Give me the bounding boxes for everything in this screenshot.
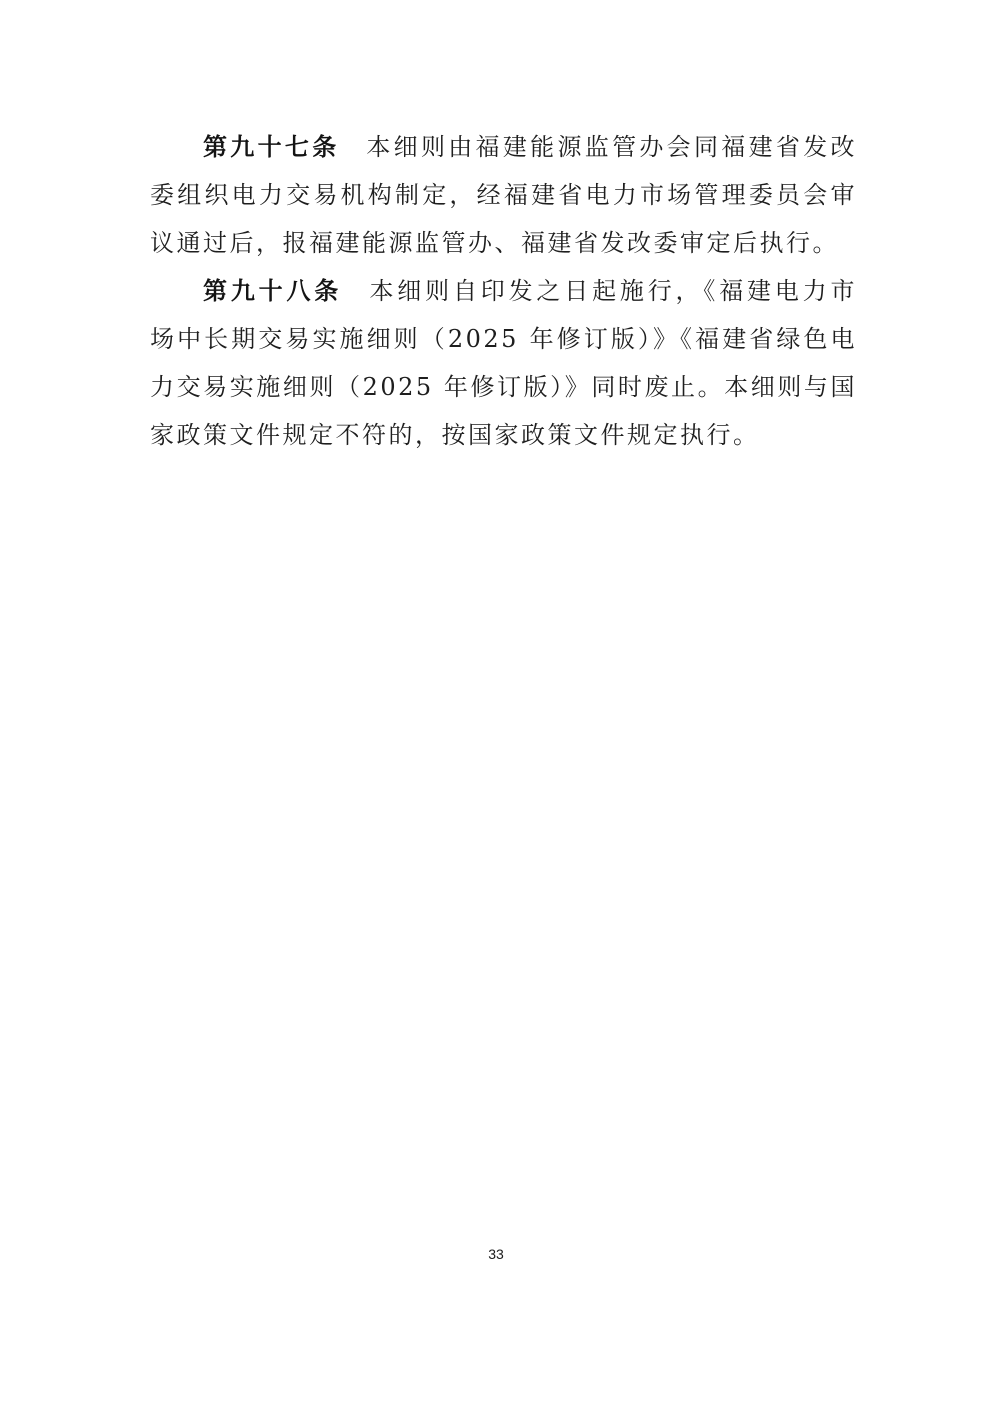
line-text: 本细则由福建能源监管办会同福建省发改 <box>366 133 857 161</box>
text-line: 议通过后，报福建能源监管办、福建省发改委审定后执行。 <box>150 219 857 267</box>
document-body-text: 第九十七条本细则由福建能源监管办会同福建省发改 委组织电力交易机构制定，经福建省… <box>150 123 857 459</box>
line-text: 场中长期交易实施细则（2025 年修订版）》《福建省绿色电 <box>150 325 857 353</box>
line-text: 本细则自印发之日起施行，《福建电力市 <box>368 277 857 305</box>
spacer <box>340 154 366 155</box>
line-text: 力交易实施细则（2025 年修订版）》同时废止。本细则与国 <box>150 373 857 401</box>
text-line: 场中长期交易实施细则（2025 年修订版）》《福建省绿色电 <box>150 315 857 363</box>
document-page: 第九十七条本细则由福建能源监管办会同福建省发改 委组织电力交易机构制定，经福建省… <box>0 0 992 1403</box>
text-line: 第九十八条本细则自印发之日起施行，《福建电力市 <box>150 267 857 315</box>
text-line: 第九十七条本细则由福建能源监管办会同福建省发改 <box>150 123 857 171</box>
article-number: 第九十七条 <box>203 132 340 161</box>
line-text: 议通过后，报福建能源监管办、福建省发改委审定后执行。 <box>150 229 839 257</box>
text-line: 力交易实施细则（2025 年修订版）》同时废止。本细则与国 <box>150 363 857 411</box>
line-text: 委组织电力交易机构制定，经福建省电力市场管理委员会审 <box>150 181 857 209</box>
page-number: 33 <box>0 1246 992 1262</box>
article-number: 第九十八条 <box>203 276 342 305</box>
text-line: 委组织电力交易机构制定，经福建省电力市场管理委员会审 <box>150 171 857 219</box>
line-text: 家政策文件规定不符的，按国家政策文件规定执行。 <box>150 421 760 449</box>
spacer <box>342 298 368 299</box>
text-line: 家政策文件规定不符的，按国家政策文件规定执行。 <box>150 411 857 459</box>
